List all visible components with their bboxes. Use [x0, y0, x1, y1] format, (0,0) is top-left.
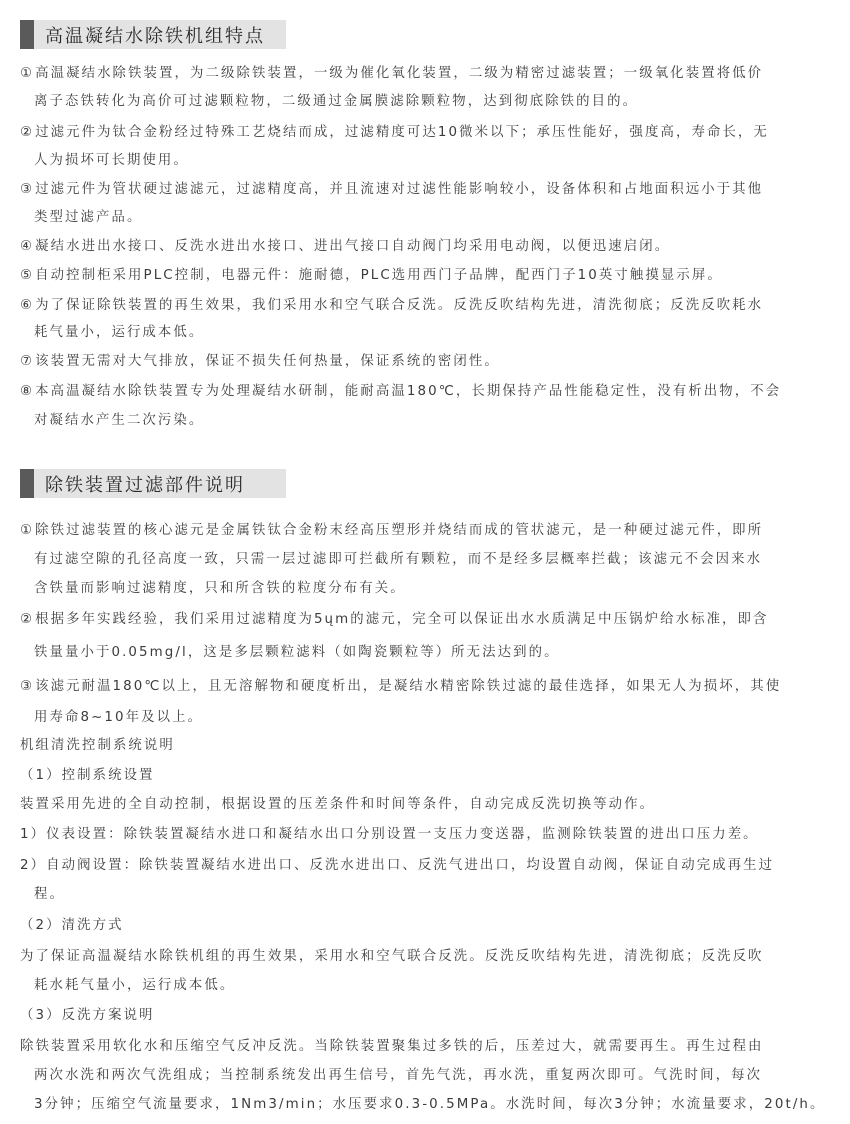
feature-item-1-line-1: ①高温凝结水除铁装置，为二级除铁装置，一级为催化氧化装置，二级为精密过滤装置；一…: [20, 66, 763, 82]
subsection-3-title: （3）反洗方案说明: [20, 1008, 155, 1024]
section-title: 除铁装置过滤部件说明: [45, 471, 245, 497]
subsection-3-line-1: 除铁装置采用软化水和压缩空气反冲反洗。当除铁装置聚集过多铁的后，压差过大，就需要…: [20, 1039, 764, 1055]
subsection-1-text: 装置采用先进的全自动控制，根据设置的压差条件和时间等条件，自动完成反洗切换等动作…: [20, 797, 655, 813]
feature-item-3-line-2: 类型过滤产品。: [34, 210, 142, 226]
section-heading-features: 高温凝结水除铁机组特点: [20, 20, 286, 49]
feature-item-4: ④凝结水进出水接口、反洗水进出水接口、进出气接口自动阀门均采用电动阀，以便迅速启…: [20, 239, 670, 255]
feature-item-6-line-2: 耗气量小，运行成本低。: [34, 325, 204, 341]
feature-item-3-line-1: ③过滤元件为管状硬过滤滤元，过滤精度高，并且流速对过滤性能影响较小，设备体积和占…: [20, 182, 763, 198]
heading-accent-bar: [20, 469, 34, 498]
feature-item-2-line-1: ②过滤元件为钛合金粉经过特殊工艺烧结而成，过滤精度可达10微米以下；承压性能好，…: [20, 125, 769, 141]
feature-item-1-line-2: 离子态铁转化为高价可过滤颗粒物，二级通过金属膜滤除颗粒物，达到彻底除铁的目的。: [34, 94, 638, 110]
subsection-3-line-2: 两次水洗和两次气洗组成；当控制系统发出再生信号，首先气洗，再水洗，重复两次即可。…: [34, 1068, 762, 1084]
heading-accent-bar: [20, 20, 34, 49]
subsection-2-title: （2）清洗方式: [20, 918, 124, 934]
filter-item-3-line-2: 用寿命8~10年及以上。: [34, 710, 203, 726]
feature-item-7: ⑦该装置无需对大气排放，保证不损失任何热量，保证系统的密闭性。: [20, 354, 500, 370]
subsection-1-title: （1）控制系统设置: [20, 768, 155, 784]
filter-item-2-line-2: 铁量量小于0.05mg/l，这是多层颗粒滤料（如陶瓷颗粒等）所无法达到的。: [34, 645, 560, 661]
section-title: 高温凝结水除铁机组特点: [45, 22, 265, 48]
feature-item-6-line-1: ⑥为了保证除铁装置的再生效果，我们采用水和空气联合反洗。反洗反吹结构先进，清洗彻…: [20, 298, 763, 314]
subsection-1-item-1: 1）仪表设置：除铁装置凝结水进口和凝结水出口分别设置一支压力变送器，监测除铁装置…: [20, 827, 759, 843]
subsection-1-item-2-line-1: 2）自动阀设置：除铁装置凝结水进出口、反洗水进出口、反洗气进出口，均设置自动阀，…: [20, 858, 774, 874]
feature-item-8-line-1: ⑧本高温凝结水除铁装置专为处理凝结水研制，能耐高温180℃，长期保持产品性能稳定…: [20, 384, 781, 400]
section-heading-filter-parts: 除铁装置过滤部件说明: [20, 469, 286, 498]
filter-item-1-line-1: ①除铁过滤装置的核心滤元是金属铁钛合金粉末经高压塑形并烧结而成的管状滤元，是一种…: [20, 523, 763, 539]
subsection-1-item-2-line-2: 程。: [34, 887, 65, 903]
filter-item-1-line-2: 有过滤空隙的孔径高度一致，只需一层过滤即可拦截所有颗粒，而不是经多层概率拦截；该…: [34, 552, 762, 568]
subsection-2-line-2: 耗水耗气量小，运行成本低。: [34, 978, 235, 994]
filter-item-3-line-1: ③该滤元耐温180℃以上，且无溶解物和硬度析出，是凝结水精密除铁过滤的最佳选择，…: [20, 679, 781, 695]
filter-item-1-line-3: 含铁量而影响过滤精度，只和所含铁的粒度分布有关。: [34, 581, 406, 597]
feature-item-5: ⑤自动控制柜采用PLC控制，电器元件：施耐德，PLC选用西门子品牌，配西门子10…: [20, 268, 723, 284]
feature-item-8-line-2: 对凝结水产生二次污染。: [34, 413, 204, 429]
cleaning-control-title: 机组清洗控制系统说明: [20, 738, 175, 754]
feature-item-2-line-2: 人为损坏可长期使用。: [34, 153, 189, 169]
subsection-3-line-3: 3分钟；压缩空气流量要求，1Nm3/min；水压要求0.3-0.5MPa。水洗时…: [34, 1097, 826, 1113]
subsection-2-line-1: 为了保证高温凝结水除铁机组的再生效果，采用水和空气联合反洗。反洗反吹结构先进，清…: [20, 949, 764, 965]
filter-item-2-line-1: ②根据多年实践经验，我们采用过滤精度为5ųm的滤元，完全可以保证出水水质满足中压…: [20, 612, 769, 628]
